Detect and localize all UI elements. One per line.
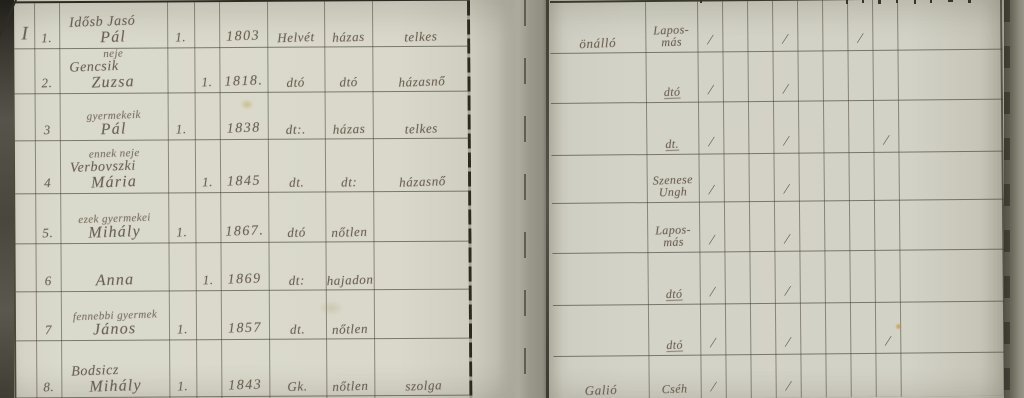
male-tick-cell: 1. [168, 92, 195, 139]
right-page-table: önálló Lapos-más /// dtó // dt. /// Szen… [550, 0, 1006, 398]
religion: dt. [289, 176, 305, 192]
birth-year: 1867. [225, 225, 265, 243]
birth-year-cell: 1818. [219, 47, 267, 92]
name-cell: ezek gyermekei Mihály [60, 192, 168, 243]
birthplace-line: dt. [665, 138, 679, 151]
person-number-cell: 7 [36, 291, 61, 340]
given-name: Mária [91, 174, 138, 193]
given-name: Zuzsa [92, 74, 136, 93]
marital-status: dtó [339, 75, 358, 91]
standing-cell [553, 304, 648, 356]
register-row: 3 gyermekeik Pál 1. 1838 dt:. házas telk… [15, 91, 471, 142]
occupation-cell: telkes [372, 1, 470, 47]
name-cell: Idősb Jasó Pál [59, 2, 167, 48]
given-name: Anna [95, 272, 134, 291]
marital-status: dt: [341, 175, 358, 191]
house-number-cell [15, 140, 35, 193]
count-tick: / [775, 378, 802, 397]
count-tick: / [873, 132, 900, 151]
place-cell: Cséh [648, 355, 700, 398]
place-cell: dtó [648, 304, 700, 355]
page-leaf-edge [546, 0, 549, 398]
register-row-right: dtó // [552, 249, 1004, 306]
count-tick: / [700, 378, 727, 397]
occupation-cell: szolga [374, 338, 472, 396]
female-tick: 1. [201, 75, 213, 92]
birthplace-line: Ungh [658, 186, 687, 200]
register-row: 8. Bodsicz Mihály 1. 1843 Gk. nőtlen szo… [16, 338, 472, 398]
male-tick-cell: 1. [169, 290, 196, 339]
standing-cell [551, 102, 646, 155]
left-page-table: I 1. Idősb Jasó Pál 1. 1803 Helvét házas… [12, 0, 472, 398]
birth-year-cell: 1857 [221, 290, 269, 339]
given-name: Mihály [89, 378, 142, 398]
occupation-cell [374, 289, 472, 339]
birth-year: 1803 [226, 30, 261, 48]
marital-status-cell: dtó [324, 46, 372, 91]
male-tick: 1. [175, 31, 187, 48]
house-number-cell [15, 93, 35, 140]
birth-year: 1818. [224, 75, 264, 93]
standing: Galió [585, 383, 618, 398]
count-tick: / [699, 283, 726, 302]
birth-year: 1843 [228, 379, 263, 397]
marital-status: házas [332, 30, 365, 47]
religion-cell: Gk. [269, 338, 326, 395]
female-tick: 1. [202, 273, 214, 290]
religion-cell: dt:. [268, 91, 325, 138]
name-cell: Bodsicz Mihály [61, 339, 169, 397]
count-tick: / [699, 231, 726, 250]
register-row-right: Lapos-más // [552, 199, 1004, 254]
religion-cell: dt. [268, 138, 325, 191]
marital-status: nőtlen [331, 225, 368, 242]
count-tick: / [847, 30, 874, 49]
female-tick-cell [196, 290, 221, 339]
given-name: Pál [101, 122, 127, 141]
place-cell: dt. [646, 102, 698, 154]
birthplace-line: dtó [663, 86, 680, 99]
book-left-edge [0, 0, 14, 398]
book-right-edge [1004, 0, 1024, 398]
header-remnant-mark [862, 0, 864, 3]
given-name: János [93, 321, 137, 340]
occupation-cell: házasnő [373, 138, 471, 192]
marital-status-cell: házas [324, 1, 372, 46]
count-tick: / [697, 31, 724, 50]
religion: dt: [289, 274, 306, 290]
female-tick-cell [194, 2, 219, 47]
count-tick: / [772, 31, 799, 50]
religion-cell: dtó [268, 191, 325, 241]
birth-year-cell: 1869 [220, 242, 268, 290]
male-tick-cell [168, 242, 195, 290]
header-remnant-mark [968, 0, 971, 3]
count-tick: / [698, 181, 725, 200]
birth-year-cell: 1803 [219, 2, 267, 47]
marital-status-cell: nőtlen [326, 338, 374, 395]
occupation: telkes [405, 122, 439, 139]
male-tick: 1. [176, 226, 188, 243]
name-cell: neje Gencsik Zuzsa [59, 47, 167, 93]
person-number-cell: 6 [35, 243, 60, 291]
religion-cell: Helvét [267, 1, 324, 46]
person-number-cell: 8. [36, 340, 61, 397]
male-tick-cell [167, 47, 194, 92]
name-cell: gyermekeik Pál [60, 92, 168, 140]
birth-year-cell: 1867. [220, 192, 268, 242]
register-row-right: SzeneseUngh // [551, 151, 1003, 204]
occupation-cell: telkes [373, 91, 471, 139]
birthplace-line: dtó [666, 339, 683, 352]
person-number: 3 [43, 123, 51, 140]
name-cell: Anna [60, 242, 168, 291]
house-number-cell [14, 48, 34, 93]
female-tick: 1. [202, 175, 214, 192]
house-number: I [19, 24, 30, 48]
female-tick-cell: 1. [194, 47, 219, 92]
male-tick: 1. [177, 380, 189, 397]
standing-cell [551, 154, 646, 203]
count-tick: / [697, 81, 724, 100]
count-tick: / [773, 133, 800, 152]
birthplace-line: Cséh [662, 383, 688, 397]
religion: dtó [287, 226, 306, 242]
religion: Helvét [277, 30, 315, 47]
marital-status-cell: házas [325, 91, 373, 138]
religion: dt. [290, 323, 306, 339]
marital-status: hajadon [326, 273, 373, 290]
marital-status-cell: dt: [325, 138, 373, 191]
religion: dtó [287, 76, 306, 92]
register-row-right: önálló Lapos-más /// [550, 0, 1002, 54]
register-row: I 1. Idősb Jasó Pál 1. 1803 Helvét házas… [14, 1, 470, 50]
place-cell: dtó [645, 52, 697, 102]
person-number: 8. [43, 380, 55, 397]
count-tick: / [774, 231, 801, 250]
header-remnant-mark [930, 0, 932, 3]
marital-status: nőtlen [332, 322, 369, 339]
person-number: 2. [41, 76, 53, 93]
birthplace-line: más [663, 236, 684, 249]
header-remnant-mark [700, 0, 702, 3]
marital-status-cell: nőtlen [325, 191, 373, 241]
register-row: 6 Anna 1. 1869 dt: hajadon [15, 241, 471, 293]
name-cell: fennebbi gyermek János [61, 290, 169, 340]
religion-cell: dt. [269, 289, 326, 338]
register-row-right: dtó /// [553, 301, 1005, 357]
occupation: házasnő [398, 174, 445, 191]
place-cell: dtó [647, 252, 699, 304]
male-tick-cell: 1. [167, 2, 194, 47]
count-tick: / [698, 133, 725, 152]
person-number: 7 [45, 323, 53, 340]
person-number: 1. [41, 31, 53, 48]
male-tick-cell: 1. [169, 339, 196, 396]
occupation-cell: házasnő [372, 46, 470, 92]
register-row-right: Galió Cséh // [553, 352, 1005, 398]
occupation-cell [373, 191, 471, 242]
birth-year: 1838 [227, 122, 262, 140]
religion: dt:. [286, 123, 307, 139]
header-remnant-mark [896, 0, 898, 3]
female-tick-cell: 1. [195, 242, 220, 290]
count-tick: / [875, 333, 902, 352]
header-remnant-mark [914, 0, 916, 4]
name-cell: ennek neje Verbovszki Mária [60, 139, 168, 193]
standing-cell [552, 202, 647, 253]
female-tick-cell [195, 192, 220, 242]
count-tick: / [775, 334, 802, 353]
register-row-right: dt. /// [551, 99, 1003, 156]
male-tick-cell: 1. [168, 192, 195, 242]
register-row: 7 fennebbi gyermek János 1. 1857 dt. nőt… [16, 289, 472, 342]
count-tick: / [700, 334, 727, 353]
birth-year-cell: 1843 [221, 339, 269, 396]
count-tick: / [773, 181, 800, 200]
person-number-cell: 4 [35, 140, 60, 193]
house-number-cell: I [14, 3, 34, 48]
occupation: szolga [405, 379, 442, 396]
place-cell: Lapos-más [645, 2, 697, 52]
male-tick: 1. [176, 123, 188, 140]
religion-cell: dt: [268, 241, 325, 289]
birth-year: 1845 [227, 175, 262, 193]
person-number-cell: 2. [34, 48, 59, 93]
female-tick-cell: 1. [195, 139, 220, 192]
person-number: 5. [42, 226, 54, 243]
person-number-cell: 3 [35, 93, 60, 140]
house-number-cell [16, 291, 36, 340]
male-tick: 1. [177, 323, 189, 340]
standing-cell: Galió [553, 355, 648, 398]
birth-year-cell: 1845 [220, 139, 268, 192]
standing-cell [552, 252, 647, 305]
header-remnant-mark [878, 0, 881, 4]
person-number-cell: 1. [34, 3, 59, 48]
person-number: 6 [44, 274, 52, 291]
occupation: házasnő [398, 74, 445, 91]
census-register-scan: I 1. Idősb Jasó Pál 1. 1803 Helvét házas… [0, 0, 1024, 398]
person-number-cell: 5. [35, 193, 60, 243]
gutter-crease-line [524, 0, 526, 398]
house-number-cell [15, 243, 35, 291]
birth-year: 1869 [227, 273, 262, 291]
marital-status-cell: hajadon [325, 241, 373, 289]
religion-cell: dtó [267, 46, 324, 91]
birthplace-line: más [661, 36, 682, 49]
place-cell: SzeneseUngh [646, 154, 698, 202]
house-number-cell [15, 193, 35, 243]
female-tick-cell [196, 339, 221, 396]
standing-cell [550, 52, 645, 103]
birth-year: 1857 [228, 322, 263, 340]
person-number: 4 [44, 176, 52, 193]
standing-cell: önálló [550, 2, 645, 53]
birthplace-line: dtó [665, 288, 682, 301]
marital-status: házas [332, 122, 365, 139]
register-row: 5. ezek gyermekei Mihály 1. 1867. dtó nő… [15, 191, 471, 245]
male-tick-cell [168, 139, 195, 192]
given-name: Pál [100, 30, 126, 49]
house-number-cell [16, 340, 36, 397]
header-remnant-mark [846, 0, 848, 4]
given-name: Mihály [88, 224, 141, 244]
female-tick-cell [195, 92, 220, 139]
count-tick: / [774, 283, 801, 302]
register-row: 4 ennek neje Verbovszki Mária 1. 1845 dt… [15, 138, 471, 195]
birth-year-cell: 1838 [220, 92, 268, 139]
marital-status: nőtlen [332, 379, 369, 396]
header-remnant-mark [948, 0, 953, 2]
standing: önálló [579, 36, 616, 53]
occupation: telkes [404, 30, 438, 47]
count-tick: / [772, 81, 799, 100]
place-cell: Lapos-más [647, 202, 699, 252]
occupation-cell [373, 241, 471, 290]
register-row-right: dtó // [550, 49, 1002, 104]
register-row: 2. neje Gencsik Zuzsa 1. 1818. dtó dtó h… [14, 46, 470, 95]
marital-status-cell: nőtlen [326, 289, 374, 338]
religion: Gk. [288, 380, 309, 396]
